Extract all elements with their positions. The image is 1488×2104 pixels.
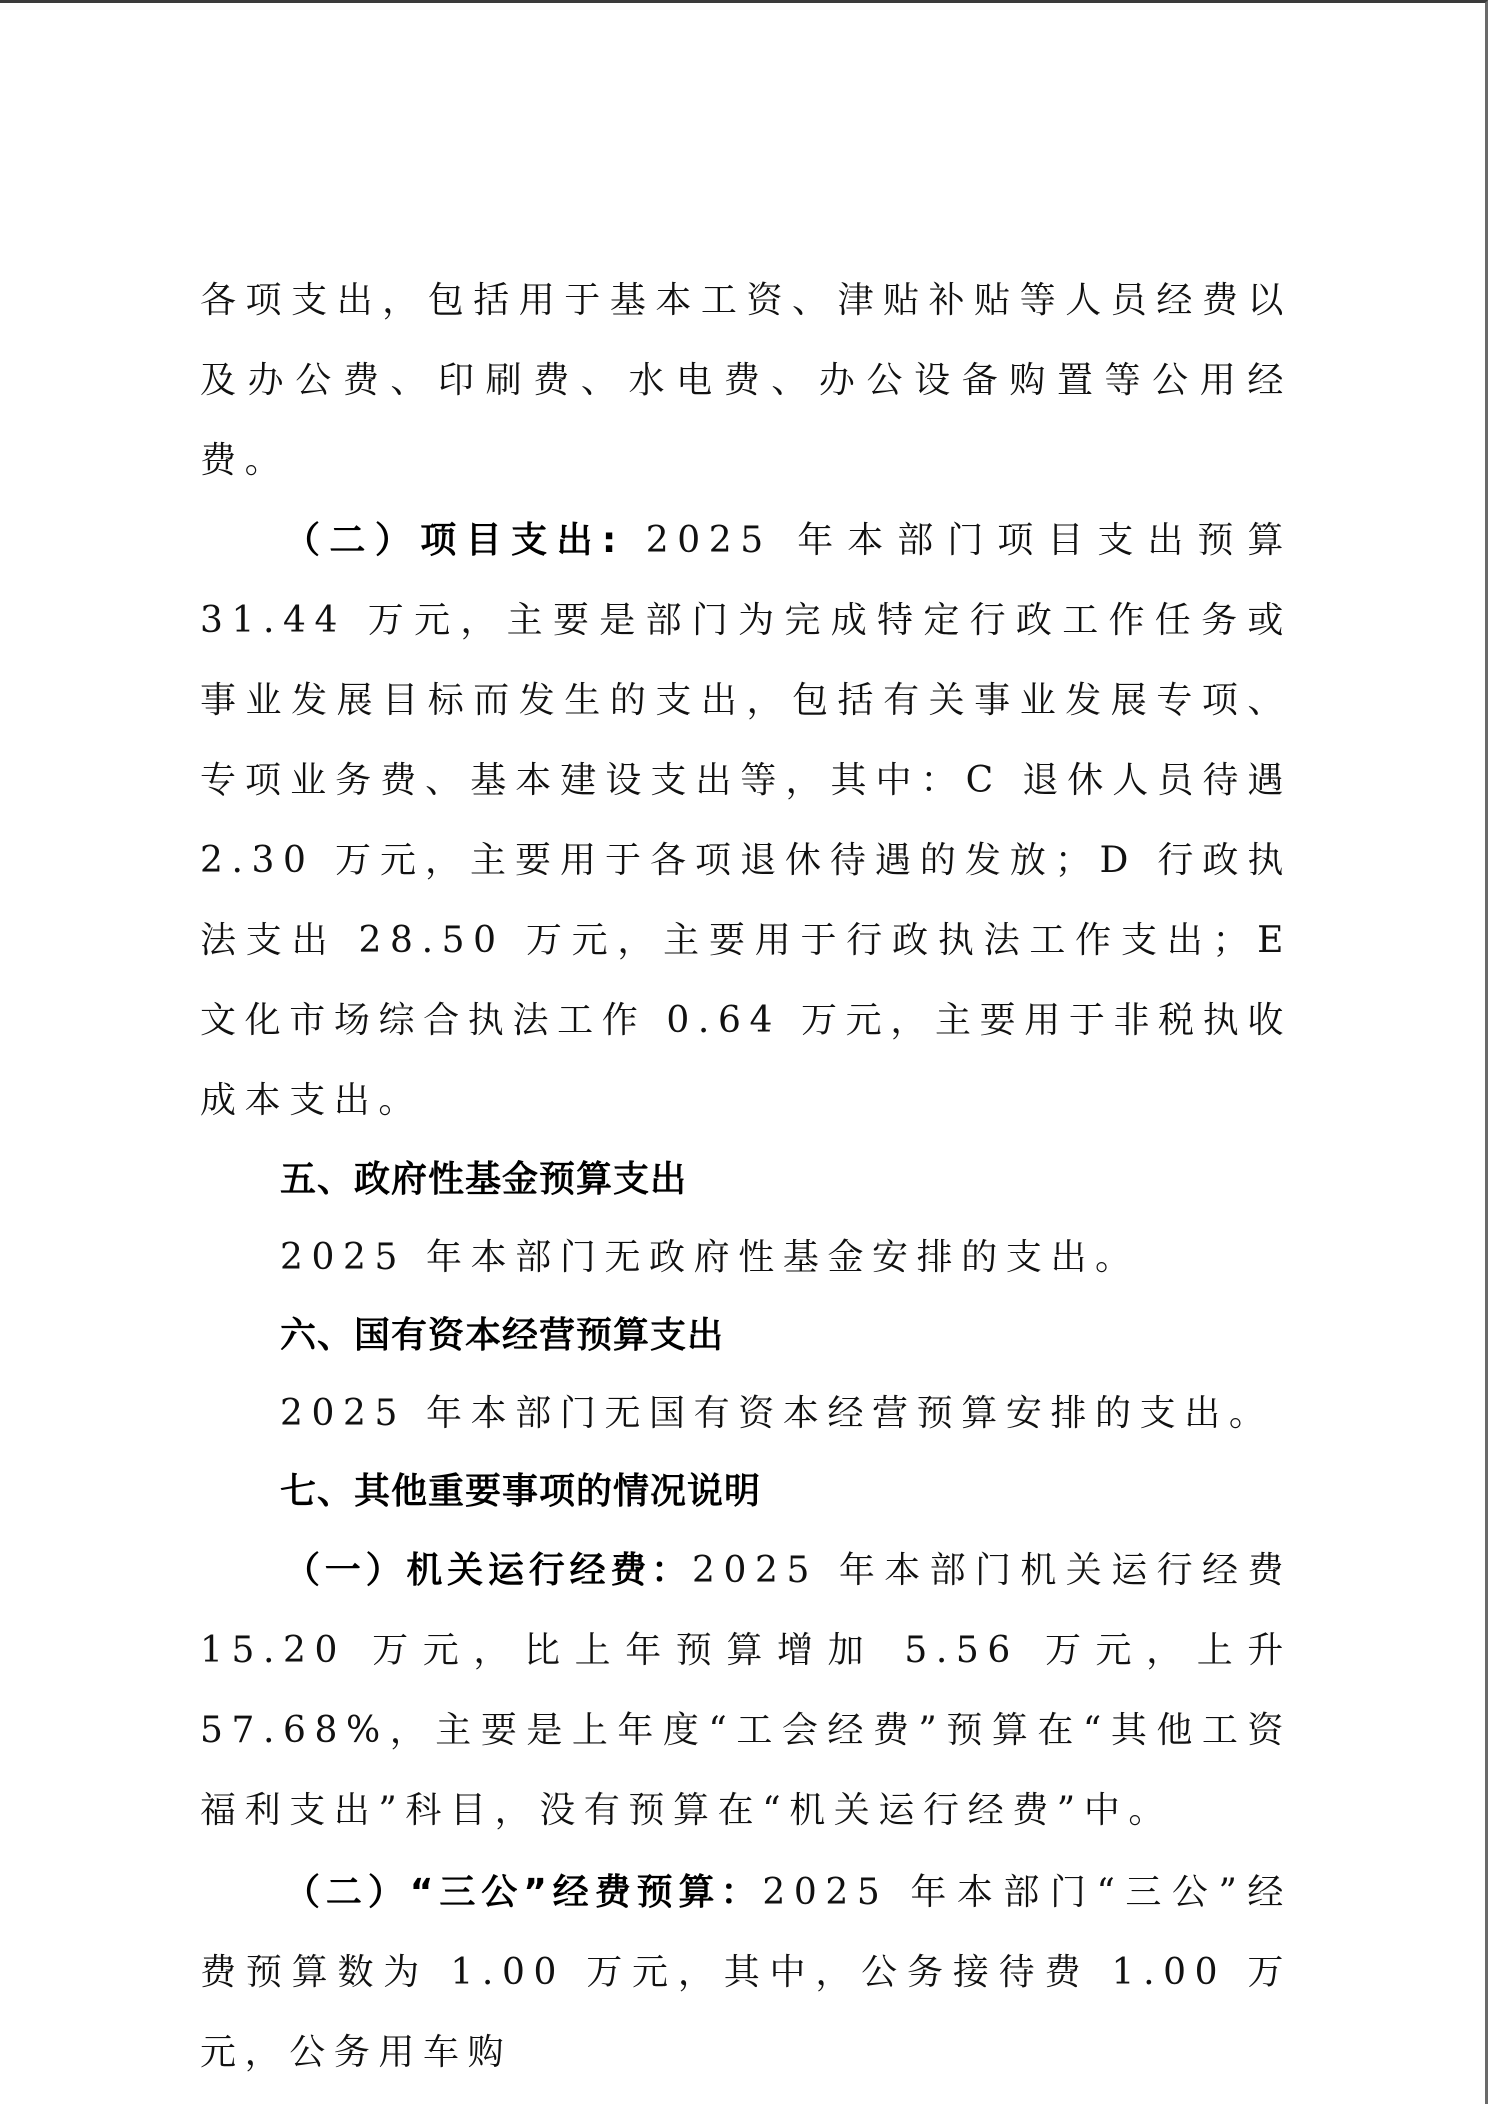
section-5-heading: 五、政府性基金预算支出	[200, 1141, 1292, 1219]
project-expenditure-text: 2025 年本部门项目支出预算 31.44 万元，主要是部门为完成特定行政工作任…	[200, 520, 1292, 1121]
section-6-heading: 六、国有资本经营预算支出	[200, 1297, 1292, 1375]
section-6-text: 2025 年本部门无国有资本经营预算安排的支出。	[200, 1375, 1292, 1453]
operating-expenses-text: 2025 年本部门机关运行经费 15.20 万元，比上年预算增加 5.56 万元…	[200, 1550, 1292, 1831]
document-body: 各项支出，包括用于基本工资、津贴补贴等人员经费以及办公费、印刷费、水电费、办公设…	[200, 261, 1292, 2093]
project-expenditure-label: （二）项目支出:	[284, 520, 620, 561]
section-5-text: 2025 年本部门无政府性基金安排的支出。	[200, 1219, 1292, 1297]
three-public-expenses-label: （二）“三公”经费预算：	[284, 1872, 762, 1913]
section-7-heading: 七、其他重要事项的情况说明	[200, 1453, 1292, 1531]
operating-expenses-paragraph: （一）机关运行经费：2025 年本部门机关运行经费 15.20 万元，比上年预算…	[200, 1531, 1292, 1851]
operating-expenses-label: （一）机关运行经费：	[284, 1550, 692, 1591]
project-expenditure-paragraph: （二）项目支出: 2025 年本部门项目支出预算 31.44 万元，主要是部门为…	[200, 501, 1292, 1141]
continuation-paragraph: 各项支出，包括用于基本工资、津贴补贴等人员经费以及办公费、印刷费、水电费、办公设…	[200, 261, 1292, 501]
document-page: 各项支出，包括用于基本工资、津贴补贴等人员经费以及办公费、印刷费、水电费、办公设…	[0, 0, 1488, 2104]
three-public-expenses-paragraph: （二）“三公”经费预算：2025 年本部门“三公”经费预算数为 1.00 万元，…	[200, 1853, 1292, 2093]
